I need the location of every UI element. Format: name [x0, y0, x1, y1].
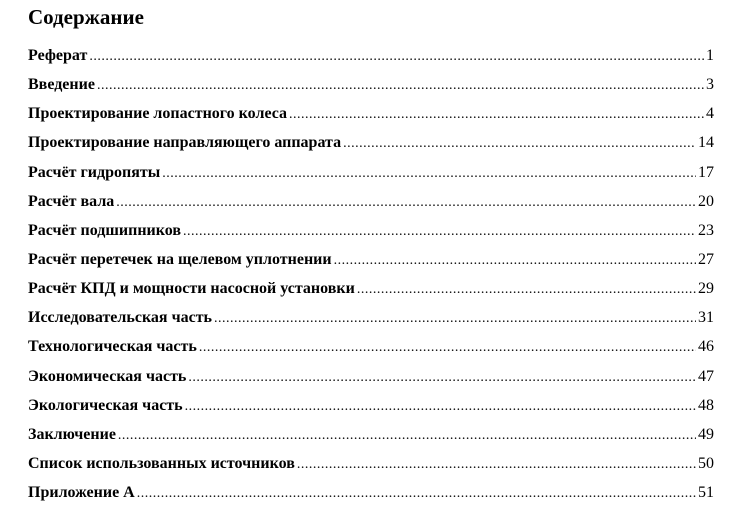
dot-leader — [297, 450, 696, 479]
toc-entry[interactable]: Расчёт вала20 — [28, 187, 714, 216]
dot-leader — [289, 100, 704, 129]
toc-entry-label: Проектирование направляющего аппарата — [28, 128, 341, 157]
toc-entry-label: Расчёт КПД и мощности насосной установки — [28, 274, 355, 303]
toc-entry-page: 48 — [698, 391, 714, 420]
toc-entry[interactable]: Приложение А51 — [28, 478, 714, 507]
toc-entry[interactable]: Расчёт подшипников23 — [28, 216, 714, 245]
toc-entry[interactable]: Расчёт КПД и мощности насосной установки… — [28, 274, 714, 303]
dot-leader — [137, 479, 696, 508]
toc-entry-label: Расчёт вала — [28, 187, 114, 216]
toc-entry-label: Проектирование лопастного колеса — [28, 99, 287, 128]
toc-entry-label: Расчёт гидропяты — [28, 158, 160, 187]
toc-entry[interactable]: Исследовательская часть31 — [28, 303, 714, 332]
toc-entry-page: 4 — [706, 99, 714, 128]
toc-entry-page: 51 — [698, 478, 714, 507]
toc-entry-page: 3 — [706, 70, 714, 99]
toc-entry-page: 49 — [698, 420, 714, 449]
toc-entry[interactable]: Экономическая часть47 — [28, 362, 714, 391]
toc-entry[interactable]: Введение3 — [28, 70, 714, 99]
dot-leader — [97, 71, 704, 100]
dot-leader — [334, 246, 696, 275]
toc-entry-page: 50 — [698, 449, 714, 478]
toc-entry-label: Реферат — [28, 41, 87, 70]
toc-entry-label: Расчёт подшипников — [28, 216, 181, 245]
dot-leader — [183, 217, 696, 246]
toc-entry[interactable]: Технологическая часть46 — [28, 332, 714, 361]
table-of-contents: Реферат1 Введение3 Проектирование лопаст… — [28, 41, 714, 507]
toc-entry-label: Список использованных источников — [28, 449, 295, 478]
dot-leader — [214, 304, 696, 333]
toc-entry-page: 47 — [698, 362, 714, 391]
dot-leader — [89, 42, 704, 71]
toc-entry-page: 23 — [698, 216, 714, 245]
toc-entry[interactable]: Реферат1 — [28, 41, 714, 70]
toc-entry-label: Технологическая часть — [28, 332, 197, 361]
toc-entry-label: Экологическая часть — [28, 391, 183, 420]
toc-entry-label: Введение — [28, 70, 95, 99]
toc-entry-page: 17 — [698, 158, 714, 187]
dot-leader — [357, 275, 696, 304]
dot-leader — [185, 392, 696, 421]
toc-entry[interactable]: Список использованных источников50 — [28, 449, 714, 478]
dot-leader — [188, 363, 696, 392]
toc-entry[interactable]: Проектирование лопастного колеса4 — [28, 99, 714, 128]
toc-entry-page: 27 — [698, 245, 714, 274]
toc-entry-page: 46 — [698, 332, 714, 361]
toc-entry-label: Приложение А — [28, 478, 135, 507]
toc-title: Содержание — [28, 4, 144, 30]
toc-entry-page: 29 — [698, 274, 714, 303]
toc-entry-page: 31 — [698, 303, 714, 332]
toc-entry[interactable]: Расчёт гидропяты17 — [28, 158, 714, 187]
toc-entry-label: Заключение — [28, 420, 116, 449]
toc-entry-page: 20 — [698, 187, 714, 216]
toc-entry[interactable]: Заключение49 — [28, 420, 714, 449]
toc-entry-page: 14 — [698, 128, 714, 157]
dot-leader — [116, 188, 696, 217]
dot-leader — [162, 159, 696, 188]
toc-entry-label: Расчёт перетечек на щелевом уплотнении — [28, 245, 332, 274]
toc-entry[interactable]: Экологическая часть48 — [28, 391, 714, 420]
toc-entry-label: Экономическая часть — [28, 362, 186, 391]
dot-leader — [343, 129, 696, 158]
toc-entry[interactable]: Расчёт перетечек на щелевом уплотнении27 — [28, 245, 714, 274]
dot-leader — [118, 421, 696, 450]
toc-entry-page: 1 — [706, 41, 714, 70]
dot-leader — [199, 333, 696, 362]
toc-entry[interactable]: Проектирование направляющего аппарата14 — [28, 128, 714, 157]
toc-entry-label: Исследовательская часть — [28, 303, 212, 332]
